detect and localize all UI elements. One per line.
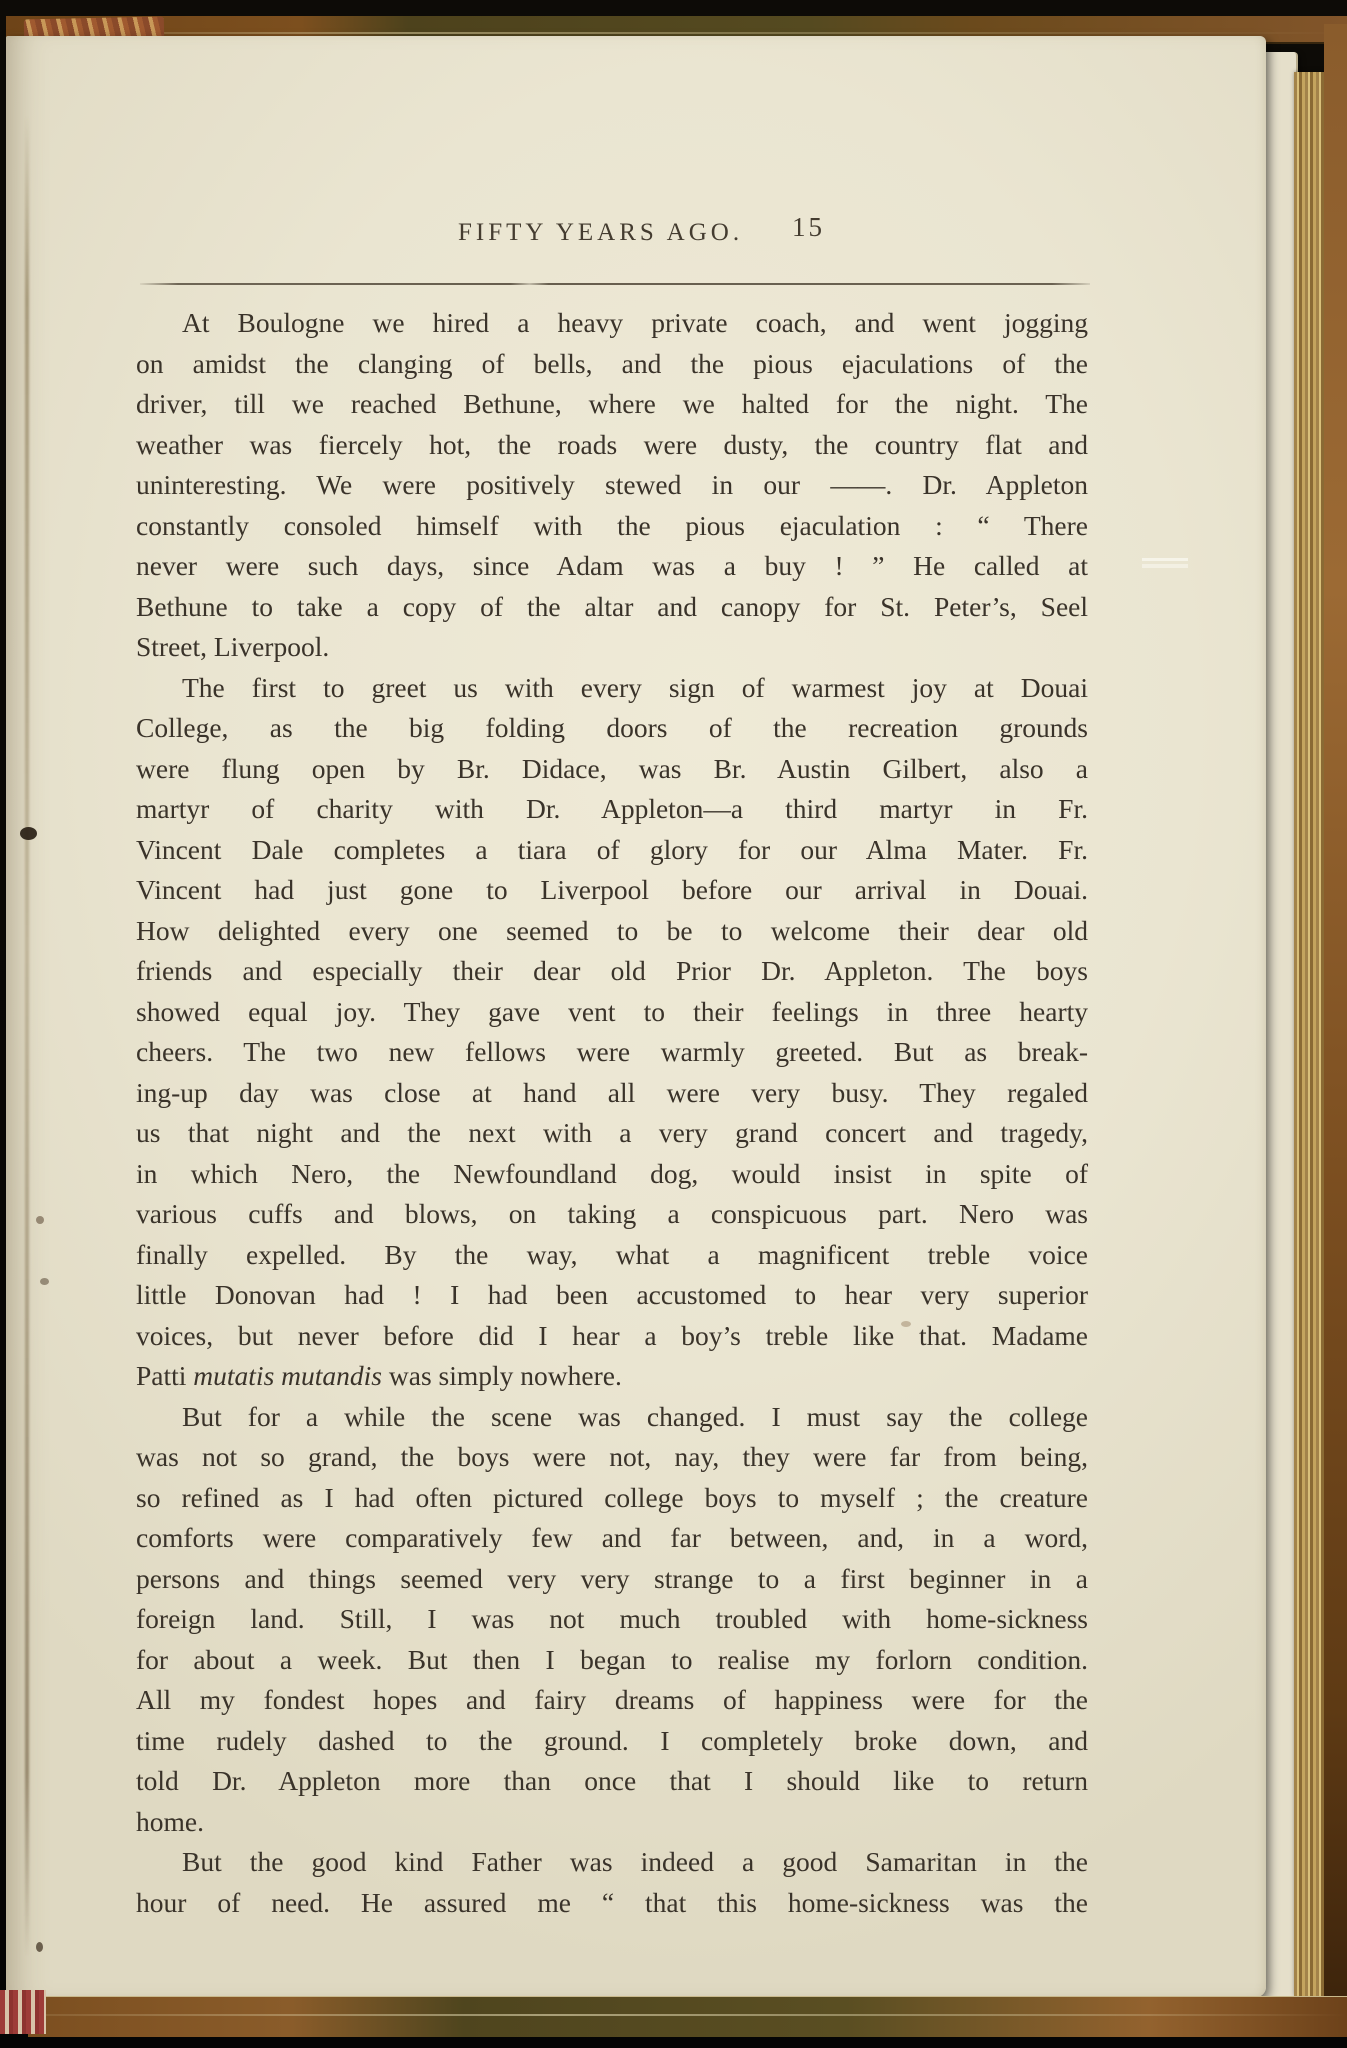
text-line: comforts were comparatively few and far … <box>136 1518 1088 1559</box>
paper-speck <box>901 1321 911 1327</box>
text-line: foreign land. Still, I was not much trou… <box>136 1599 1088 1640</box>
text-line: time rudely dashed to the ground. I comp… <box>136 1721 1088 1762</box>
text-line: were flung open by Br. Didace, was Br. A… <box>136 749 1088 790</box>
text-line: voices, but never before did I hear a bo… <box>136 1316 1088 1357</box>
book-cover-bottom-edge <box>28 1996 1347 2037</box>
text-line: Bethune to take a copy of the altar and … <box>136 587 1088 628</box>
text-line: in which Nero, the Newfoundland dog, wou… <box>136 1154 1088 1195</box>
text-line: home. <box>136 1802 1088 1843</box>
text-line: cheers. The two new fellows were warmly … <box>136 1032 1088 1073</box>
page-number: 15 <box>792 212 825 243</box>
photo-of-book: { "page": { "running_head": "FIFTY YEARS… <box>0 0 1347 2048</box>
paper-speck <box>36 1942 43 1952</box>
paper-speck <box>40 1278 49 1285</box>
text-line: told Dr. Appleton more than once that I … <box>136 1761 1088 1802</box>
text-block: At Boulogne we hired a heavy private coa… <box>136 303 1088 1923</box>
paper-speck <box>36 1216 44 1224</box>
scratch-mark <box>1142 558 1188 568</box>
text-line: ing-up day was close at hand all were ve… <box>136 1073 1088 1114</box>
text-line: Vincent Dale completes a tiara of glory … <box>136 830 1088 871</box>
text-line: finally expelled. By the way, what a mag… <box>136 1235 1088 1276</box>
paragraph: But the good kind Father was indeed a go… <box>136 1842 1088 1923</box>
text-line: At Boulogne we hired a heavy private coa… <box>136 303 1088 344</box>
ink-blemish <box>20 827 37 840</box>
text-line: never were such days, since Adam was a b… <box>136 546 1088 587</box>
text-line: us that night and the next with a very g… <box>136 1113 1088 1154</box>
gutter-crease <box>25 116 29 1956</box>
text-line: friends and especially their dear old Pr… <box>136 951 1088 992</box>
text-line: various cuffs and blows, on taking a con… <box>136 1194 1088 1235</box>
text-line: But the good kind Father was indeed a go… <box>136 1842 1088 1883</box>
text-line: little Donovan had ! I had been accustom… <box>136 1275 1088 1316</box>
text-line: All my fondest hopes and fairy dreams of… <box>136 1680 1088 1721</box>
text-line: The first to greet us with every sign of… <box>136 668 1088 709</box>
book-cover-right-edge <box>1324 24 1347 2030</box>
text-line: on amidst the clanging of bells, and the… <box>136 344 1088 385</box>
text-line: uninteresting. We were positively stewed… <box>136 465 1088 506</box>
paragraph: At Boulogne we hired a heavy private coa… <box>136 303 1088 668</box>
text-line: How delighted every one seemed to be to … <box>136 911 1088 952</box>
text-line: College, as the big folding doors of the… <box>136 708 1088 749</box>
paragraph: But for a while the scene was changed. I… <box>136 1397 1088 1843</box>
text-line: Vincent had just gone to Liverpool befor… <box>136 870 1088 911</box>
text-line: was not so grand, the boys were not, nay… <box>136 1437 1088 1478</box>
text-line: constantly consoled himself with the pio… <box>136 506 1088 547</box>
text-line: showed equal joy. They gave vent to thei… <box>136 992 1088 1033</box>
text-line: persons and things seemed very very stra… <box>136 1559 1088 1600</box>
paragraph: The first to greet us with every sign of… <box>136 668 1088 1397</box>
text-line: hour of need. He assured me “ that this … <box>136 1883 1088 1924</box>
gilt-fore-edge-pages <box>1294 72 1328 1996</box>
text-line: so refined as I had often pictured colle… <box>136 1478 1088 1519</box>
text-line: But for a while the scene was changed. I… <box>136 1397 1088 1438</box>
text-line: for about a week. But then I began to re… <box>136 1640 1088 1681</box>
text-line: weather was fiercely hot, the roads were… <box>136 425 1088 466</box>
text-line: Patti mutatis mutandis was simply nowher… <box>136 1356 1088 1397</box>
marbled-endpaper-bottom-left <box>0 1990 46 2034</box>
running-head: FIFTY YEARS AGO. <box>458 219 743 247</box>
book-page: FIFTY YEARS AGO. 15 At Boulogne we hired… <box>6 36 1266 1997</box>
text-line: martyr of charity with Dr. Appleton—a th… <box>136 789 1088 830</box>
text-line: driver, till we reached Bethune, where w… <box>136 384 1088 425</box>
text-line: Street, Liverpool. <box>136 627 1088 668</box>
header-rule <box>140 283 1090 285</box>
